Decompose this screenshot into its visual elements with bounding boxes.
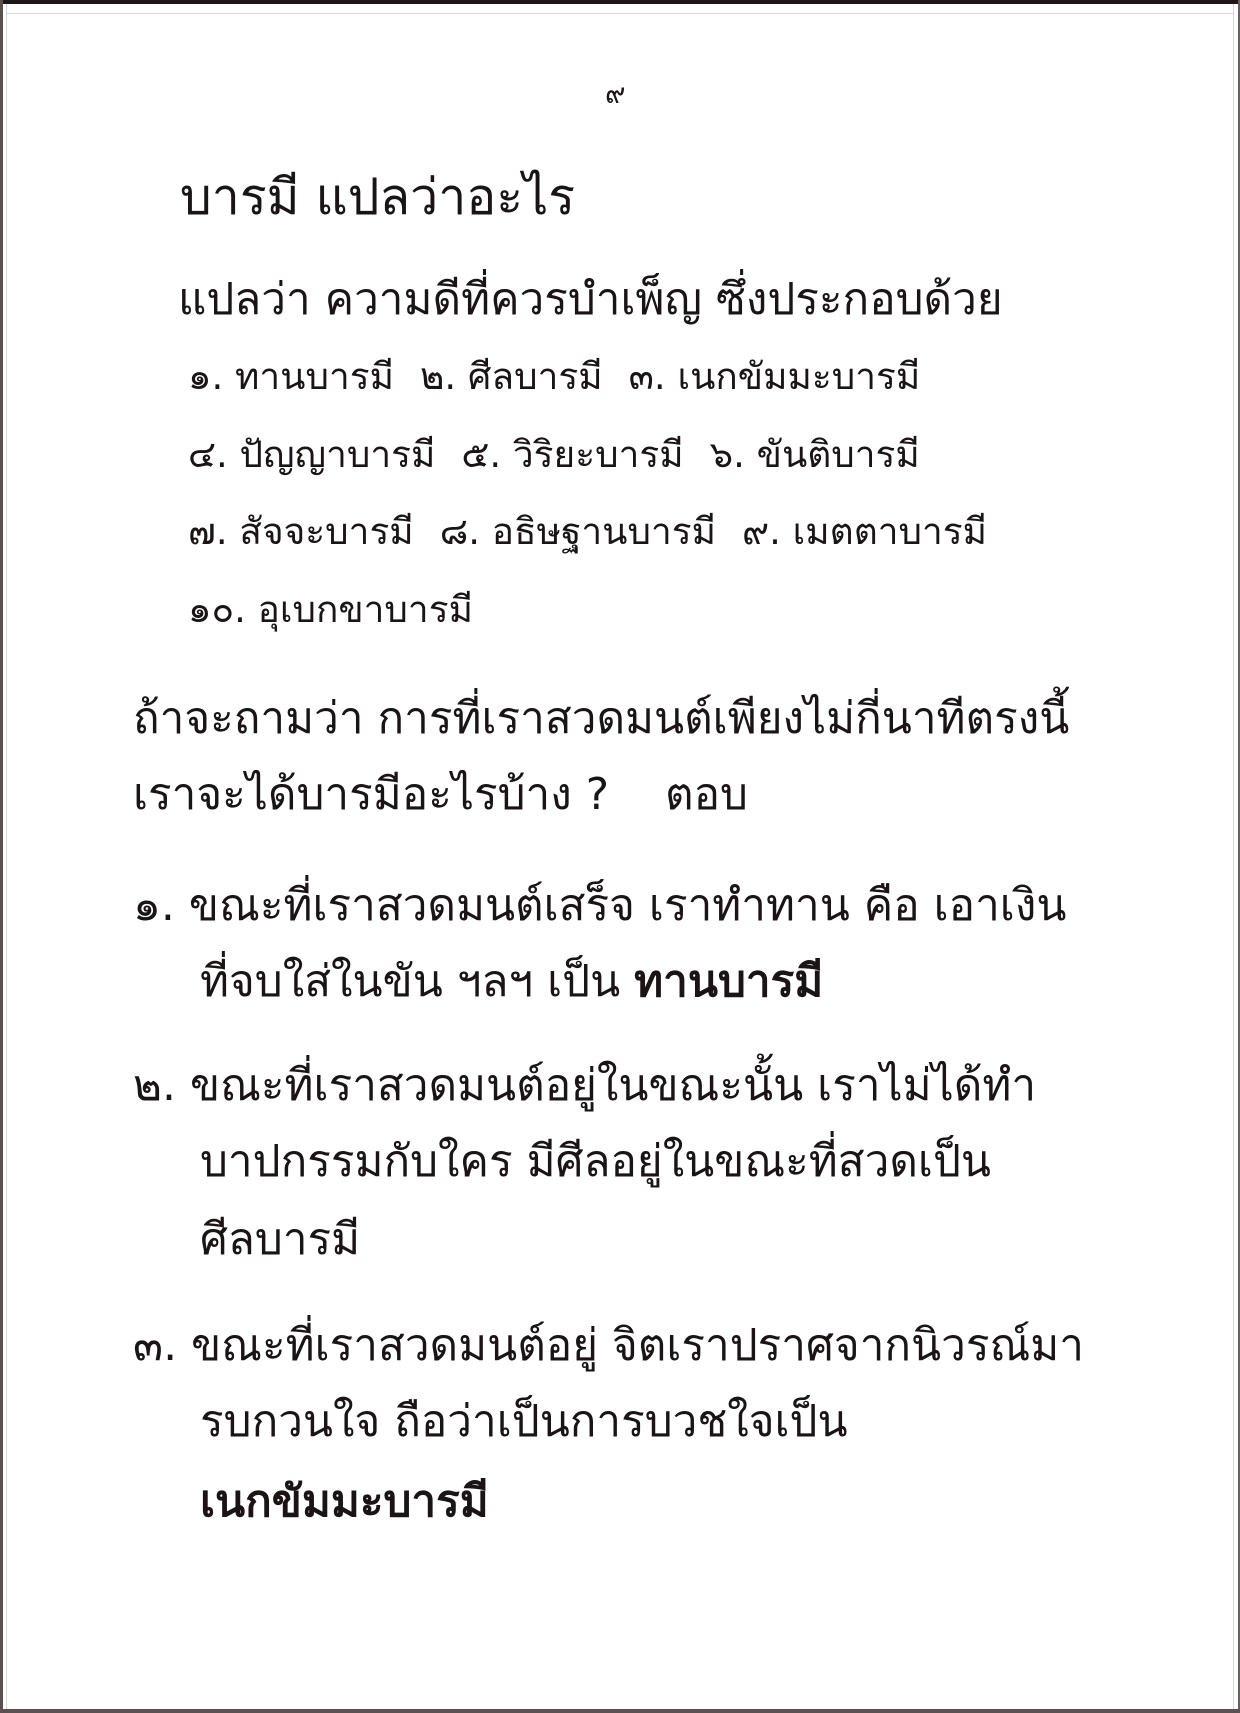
parami-item: ๒. ศีลบารมี [420, 355, 603, 398]
parami-name: วิริยะบารมี [513, 433, 684, 476]
parami-number: ๗. [188, 510, 228, 553]
page-border-top-inner [6, 13, 1234, 14]
question-line-2: เราจะได้บารมีอะไรบ้าง ? ตอบ [133, 773, 748, 817]
answer-number: ๑. [133, 880, 175, 931]
parami-name: อธิษฐานบารมี [492, 510, 716, 553]
answer-3-line-2: รบกวนใจ ถือว่าเป็นการบวชใจเป็น [200, 1400, 848, 1444]
answer-2-result-parami: ศีลบารมี [200, 1218, 360, 1262]
page-border-right-inner [1233, 4, 1234, 1709]
page-border-top [0, 0, 1240, 4]
parami-name: ทานบารมี [235, 355, 394, 398]
parami-item: ๑. ทานบารมี [188, 355, 394, 398]
answer-number: ๒. [133, 1060, 176, 1111]
parami-number: ๘. [440, 510, 480, 553]
parami-item: ๗. สัจจะบารมี [188, 510, 414, 553]
answer-1-line-1: ๑. ขณะที่เราสวดมนต์เสร็จ เราทำทาน คือ เอ… [133, 884, 1066, 928]
question-line-1: ถ้าจะถามว่า การที่เราสวดมนต์เพียงไม่กี่น… [133, 697, 1069, 741]
parami-name: ศีลบารมี [468, 355, 603, 398]
answer-3-line-1: ๓. ขณะที่เราสวดมนต์อยู่ จิตเราปราศจากนิว… [133, 1324, 1084, 1368]
parami-list-row-4: ๑๐. อุเบกขาบารมี [188, 591, 499, 628]
parami-number: ๑. [188, 355, 223, 398]
definition-text: แปลว่า ความดีที่ควรบำเพ็ญ ซึ่งประกอบด้วย [178, 278, 1003, 322]
answer-result-parami: ทานบารมี [634, 956, 823, 1007]
answer-3-result-parami: เนกขัมมะบารมี [200, 1480, 489, 1524]
page-number: ๙ [605, 80, 626, 108]
parami-number: ๖. [710, 433, 745, 476]
parami-list-row-3: ๗. สัจจะบารมี๘. อธิษฐานบารมี๙. เมตตาบารม… [188, 513, 1013, 550]
answer-2-line-1: ๒. ขณะที่เราสวดมนต์อยู่ในขณะนั้น เราไม่ไ… [133, 1064, 1036, 1108]
parami-number: ๒. [420, 355, 456, 398]
answer-text: ขณะที่เราสวดมนต์อยู่ในขณะนั้น เราไม่ได้ท… [190, 1060, 1036, 1111]
parami-number: ๔. [188, 433, 228, 476]
answer-2-line-2: บาปกรรมกับใคร มีศีลอยู่ในขณะที่สวดเป็น [200, 1140, 991, 1184]
parami-number: ๕. [461, 433, 501, 476]
parami-list-row-1: ๑. ทานบารมี๒. ศีลบารมี๓. เนกขัมมะบารมี [188, 358, 946, 395]
parami-item: ๓. เนกขัมมะบารมี [629, 355, 921, 398]
answer-text: ที่จบใส่ในขัน ฯลฯ เป็น [200, 956, 620, 1007]
page-border-bottom [0, 1709, 1240, 1713]
parami-item: ๕. วิริยะบารมี [461, 433, 683, 476]
parami-name: เนกขัมมะบารมี [677, 355, 920, 398]
parami-name: ปัญญาบารมี [240, 433, 436, 476]
page-title: บารมี แปลว่าอะไร [180, 172, 575, 222]
parami-item: ๘. อธิษฐานบารมี [440, 510, 716, 553]
answer-label: ตอบ [665, 769, 748, 820]
parami-list-row-2: ๔. ปัญญาบารมี๕. วิริยะบารมี๖. ขันติบารมี [188, 436, 946, 473]
parami-number: ๓. [629, 355, 666, 398]
parami-number: ๙. [742, 510, 781, 553]
parami-name: เมตตาบารมี [793, 510, 987, 553]
page-border-left [0, 0, 3, 1713]
parami-item: ๖. ขันติบารมี [710, 433, 920, 476]
answer-text: ขณะที่เราสวดมนต์เสร็จ เราทำทาน คือ เอาเง… [189, 880, 1067, 931]
answer-text: ขณะที่เราสวดมนต์อยู่ จิตเราปราศจากนิวรณ์… [191, 1320, 1084, 1371]
parami-number: ๑๐. [188, 588, 246, 631]
parami-item: ๔. ปัญญาบารมี [188, 433, 435, 476]
page-border-left-inner [6, 4, 7, 1709]
parami-name: ขันติบารมี [757, 433, 920, 476]
answer-1-line-2: ที่จบใส่ในขัน ฯลฯ เป็น ทานบารมี [200, 960, 823, 1004]
parami-name: สัจจะบารมี [239, 510, 413, 553]
parami-name: อุเบกขาบารมี [258, 588, 473, 631]
answer-number: ๓. [133, 1320, 177, 1371]
parami-item: ๙. เมตตาบารมี [742, 510, 987, 553]
question-text: เราจะได้บารมีอะไรบ้าง ? [133, 769, 609, 820]
parami-item: ๑๐. อุเบกขาบารมี [188, 588, 473, 631]
